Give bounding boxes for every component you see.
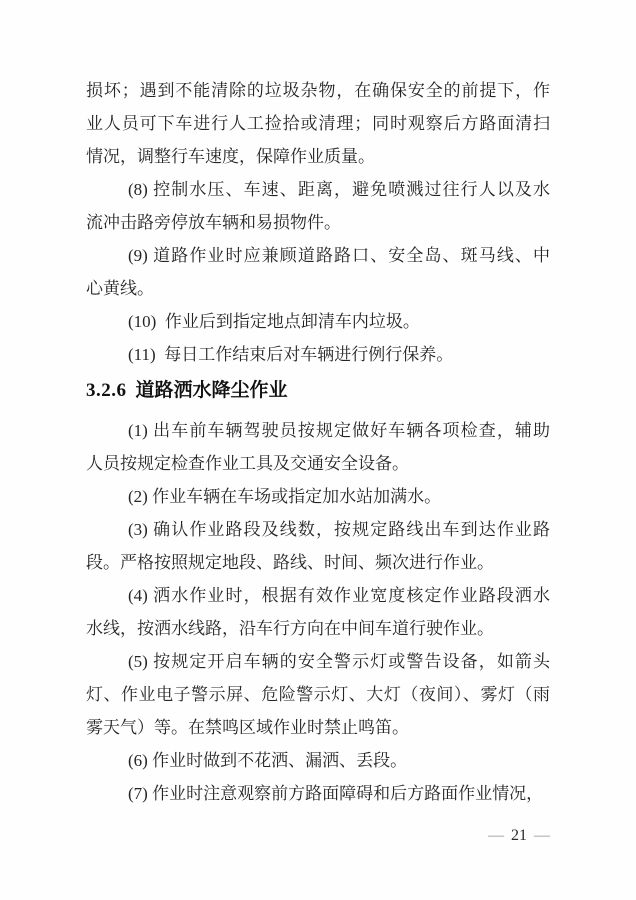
text-line: 灯、作业电子警示屏、危险警示灯、大灯（夜间）、雾灯（雨	[86, 678, 550, 711]
text-line: (11) 每日工作结束后对车辆进行例行保养。	[86, 338, 550, 371]
footer-dash-right: —	[534, 827, 550, 844]
text-line: 损坏；遇到不能清除的垃圾杂物，在确保安全的前提下，作	[86, 74, 550, 107]
footer-dash-left: —	[488, 827, 504, 844]
paragraph-continuation: 损坏；遇到不能清除的垃圾杂物，在确保安全的前提下，作 业人员可下车进行人工捡拾或…	[86, 74, 550, 173]
text-line: (4) 洒水作业时，根据有效作业宽度核定作业路段洒水	[86, 579, 550, 612]
text-line: 段。严格按照规定地段、路线、时间、频次进行作业。	[86, 546, 550, 579]
text-line: (1) 出车前车辆驾驶员按规定做好车辆各项检查，辅助	[86, 414, 550, 447]
text-line: 人员按规定检查作业工具及交通安全设备。	[86, 447, 550, 480]
numbered-item-1: (1) 出车前车辆驾驶员按规定做好车辆各项检查，辅助 人员按规定检查作业工具及交…	[86, 414, 550, 480]
numbered-item-7: (7) 作业时注意观察前方路面障碍和后方路面作业情况，	[86, 777, 550, 810]
text-line: (10) 作业后到指定地点卸清车内垃圾。	[86, 305, 550, 338]
page-number: 21	[511, 827, 527, 844]
text-line: 水线，按洒水线路，沿车行方向在中间车道行驶作业。	[86, 612, 550, 645]
numbered-item-6: (6) 作业时做到不花洒、漏洒、丢段。	[86, 744, 550, 777]
text-line: (9) 道路作业时应兼顾道路路口、安全岛、斑马线、中	[86, 239, 550, 272]
text-line: 业人员可下车进行人工捡拾或清理；同时观察后方路面清扫	[86, 107, 550, 140]
text-line: (5) 按规定开启车辆的安全警示灯或警告设备，如箭头	[86, 645, 550, 678]
text-line: 雾天气）等。在禁鸣区域作业时禁止鸣笛。	[86, 711, 550, 744]
section-heading: 3.2.6道路洒水降尘作业	[86, 374, 550, 407]
numbered-item-5: (5) 按规定开启车辆的安全警示灯或警告设备，如箭头 灯、作业电子警示屏、危险警…	[86, 645, 550, 744]
numbered-item-2: (2) 作业车辆在车场或指定加水站加满水。	[86, 480, 550, 513]
section-title: 道路洒水降尘作业	[136, 380, 288, 401]
numbered-item-11: (11) 每日工作结束后对车辆进行例行保养。	[86, 338, 550, 371]
document-page: 损坏；遇到不能清除的垃圾杂物，在确保安全的前提下，作 业人员可下车进行人工捡拾或…	[0, 0, 636, 900]
section-number: 3.2.6	[86, 380, 127, 401]
numbered-item-4: (4) 洒水作业时，根据有效作业宽度核定作业路段洒水 水线，按洒水线路，沿车行方…	[86, 579, 550, 645]
text-line: (3) 确认作业路段及线数，按规定路线出车到达作业路	[86, 513, 550, 546]
text-line: (8) 控制水压、车速、距离，避免喷溅过往行人以及水	[86, 173, 550, 206]
numbered-item-9: (9) 道路作业时应兼顾道路路口、安全岛、斑马线、中 心黄线。	[86, 239, 550, 305]
numbered-item-10: (10) 作业后到指定地点卸清车内垃圾。	[86, 305, 550, 338]
numbered-item-3: (3) 确认作业路段及线数，按规定路线出车到达作业路 段。严格按照规定地段、路线…	[86, 513, 550, 579]
page-footer: —21—	[488, 826, 550, 846]
text-line: (2) 作业车辆在车场或指定加水站加满水。	[86, 480, 550, 513]
text-line: 情况，调整行车速度，保障作业质量。	[86, 140, 550, 173]
text-line: (7) 作业时注意观察前方路面障碍和后方路面作业情况，	[86, 777, 550, 810]
text-line: 心黄线。	[86, 272, 550, 305]
text-line: (6) 作业时做到不花洒、漏洒、丢段。	[86, 744, 550, 777]
numbered-item-8: (8) 控制水压、车速、距离，避免喷溅过往行人以及水 流冲击路旁停放车辆和易损物…	[86, 173, 550, 239]
text-line: 流冲击路旁停放车辆和易损物件。	[86, 206, 550, 239]
page-body: 损坏；遇到不能清除的垃圾杂物，在确保安全的前提下，作 业人员可下车进行人工捡拾或…	[86, 74, 550, 810]
